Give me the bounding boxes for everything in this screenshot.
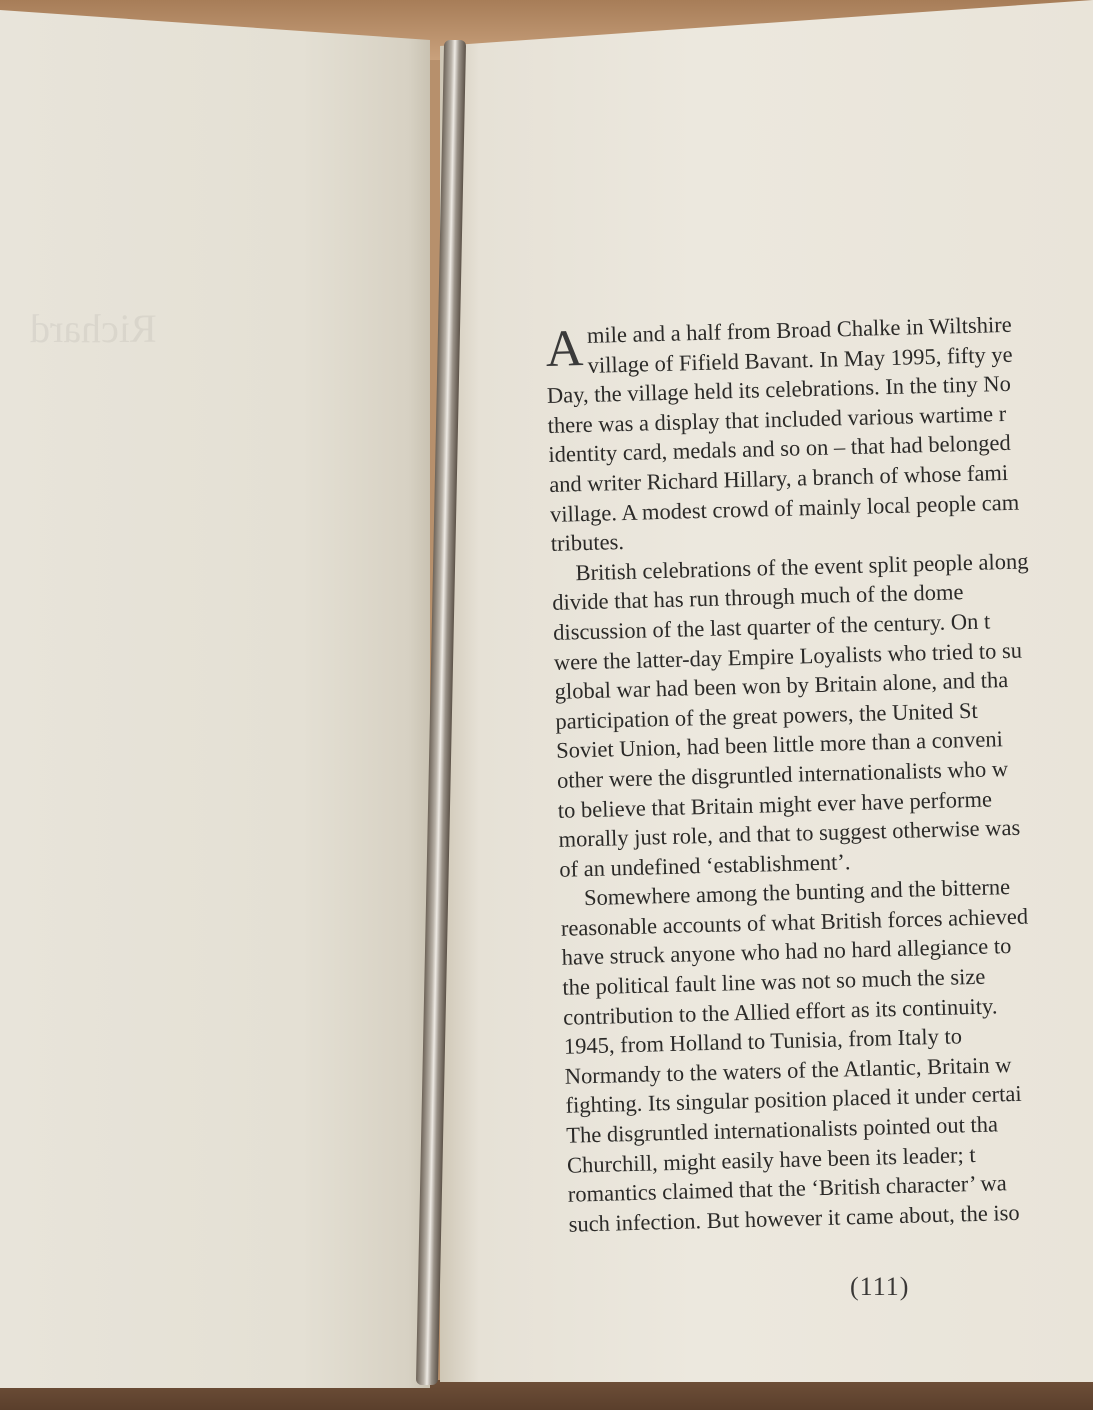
paragraph-1: A mile and a half from Broad Chalke in W…	[545, 306, 1093, 559]
paragraph-2: British celebrations of the event split …	[551, 542, 1093, 884]
drop-cap: A	[545, 327, 584, 372]
paragraph-3: Somewhere among the bunting and the bitt…	[560, 868, 1093, 1239]
left-page: Richard	[0, 10, 430, 1388]
body-text: A mile and a half from Broad Chalke in W…	[545, 306, 1093, 1239]
page-number: (111)	[850, 1272, 909, 1302]
bleed-through-text: Richard	[30, 305, 157, 352]
